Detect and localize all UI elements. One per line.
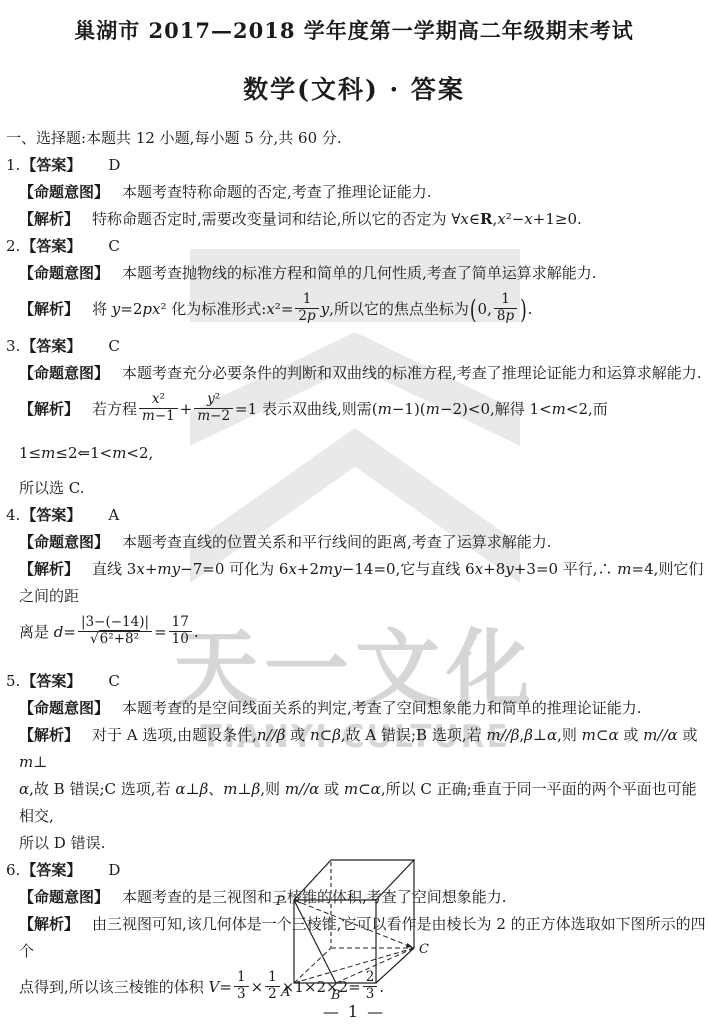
answer-line: 2.【答案】C xyxy=(6,233,706,260)
doc-subtitle: 数学(文科) · 答案 xyxy=(0,70,708,106)
answer-label: 【答案】 xyxy=(21,672,81,690)
bracket-label: 【命题意图】 xyxy=(19,699,109,717)
bracket-label: 【解析】 xyxy=(19,300,79,318)
bracket-label: 【解析】 xyxy=(19,560,79,578)
item-number: 6. xyxy=(6,861,20,879)
fraction: x²m−1 xyxy=(139,392,178,423)
answer-line: 4.【答案】A xyxy=(6,502,706,529)
bracket-label: 【命题意图】 xyxy=(19,888,109,906)
answer-label: 【答案】 xyxy=(21,337,81,355)
answer-line: 5.【答案】C xyxy=(6,668,706,695)
arrowhead-icon xyxy=(406,943,413,948)
vertex-label-a: A xyxy=(280,985,290,1000)
answer-item-2: 2.【答案】C【命题意图】本题考查抛物线的标准方程和简单的几何性质,考查了简单运… xyxy=(6,233,706,333)
cube-solid-edges xyxy=(294,860,414,983)
vertex-label-c: C xyxy=(419,942,429,957)
fraction: |3−(−14)|√6²+8² xyxy=(78,615,152,646)
text-line: 【命题意图】本题考查直线的位置关系和平行线间的距离,考查了运算求解能力. xyxy=(6,529,706,556)
fraction: 18p xyxy=(494,292,517,323)
bracket-label: 【解析】 xyxy=(19,726,79,744)
answer-letter: A xyxy=(108,506,119,524)
text-line: 离是 d=|3−(−14)|√6²+8²=1710. xyxy=(6,610,706,654)
text-line: 【解析】对于 A 选项,由题设条件,n//β 或 n⊂β,故 A 错误;B 选项… xyxy=(6,722,706,776)
item-number: 4. xyxy=(6,506,20,524)
answer-letter: C xyxy=(108,237,119,255)
answer-letter: C xyxy=(108,337,119,355)
bracket-label: 【命题意图】 xyxy=(19,183,109,201)
item-number: 1. xyxy=(6,156,20,174)
text-line: 所以选 C. xyxy=(6,475,706,502)
item-number: 2. xyxy=(6,237,20,255)
answer-line: 1.【答案】D xyxy=(6,152,706,179)
bracket-label: 【命题意图】 xyxy=(19,264,109,282)
text-line: 【解析】若方程x²m−1+y²m−2=1 表示双曲线,则需(m−1)(m−2)<… xyxy=(6,387,706,475)
answer-label: 【答案】 xyxy=(21,156,81,174)
bracket-label: 【命题意图】 xyxy=(19,533,109,551)
vertex-label-p: P xyxy=(275,894,285,909)
answer-letter: D xyxy=(108,861,120,879)
text-line: α,故 B 错误;C 选项,若 α⊥β、m⊥β,则 m//α 或 m⊂α,所以 … xyxy=(6,776,706,830)
bracket-label: 【命题意图】 xyxy=(19,364,109,382)
text-line: 【解析】特称命题否定时,需要改变量词和结论,所以它的否定为 ∀x∈R,x²−x+… xyxy=(6,206,706,233)
section-header: 一、选择题:本题共 12 小题,每小题 5 分,共 60 分. xyxy=(6,127,342,148)
cube-figure: P A B C xyxy=(268,850,440,1006)
fraction: 12p xyxy=(295,292,318,323)
answer-line: 3.【答案】C xyxy=(6,333,706,360)
answer-label: 【答案】 xyxy=(21,237,81,255)
page-number: — 1 — xyxy=(0,1002,708,1021)
answer-item-5: 5.【答案】C【命题意图】本题考查的是空间线面关系的判定,考查了空间想象能力和简… xyxy=(6,668,706,857)
answer-letter: C xyxy=(108,672,119,690)
answer-item-4: 4.【答案】A【命题意图】本题考查直线的位置关系和平行线间的距离,考查了运算求解… xyxy=(6,502,706,654)
text-line: 【命题意图】本题考查抛物线的标准方程和简单的几何性质,考查了简单运算求解能力. xyxy=(6,260,706,287)
answer-item-3: 3.【答案】C【命题意图】本题考查充分必要条件的判断和双曲线的标准方程,考查了推… xyxy=(6,333,706,502)
answer-letter: D xyxy=(108,156,120,174)
item-number: 3. xyxy=(6,337,20,355)
answer-item-1: 1.【答案】D【命题意图】本题考查特称命题的否定,考查了推理论证能力.【解析】特… xyxy=(6,152,706,233)
text-line: 【解析】直线 3x+my−7=0 可化为 6x+2my−14=0,它与直线 6x… xyxy=(6,556,706,610)
text-line: 【命题意图】本题考查特称命题的否定,考查了推理论证能力. xyxy=(6,179,706,206)
doc-title: 巢湖市 2017—2018 学年度第一学期高二年级期末考试 xyxy=(0,15,708,45)
item-number: 5. xyxy=(6,672,20,690)
bracket-label: 【解析】 xyxy=(19,210,79,228)
answer-label: 【答案】 xyxy=(21,506,81,524)
fraction: 13 xyxy=(234,970,249,1001)
fraction: y²m−2 xyxy=(194,392,233,423)
cube-hidden-edges xyxy=(294,900,414,983)
answer-label: 【答案】 xyxy=(21,861,81,879)
text-line: 【命题意图】本题考查充分必要条件的判断和双曲线的标准方程,考查了推理论证能力和运… xyxy=(6,360,706,387)
bracket-label: 【解析】 xyxy=(19,400,79,418)
vertex-label-b: B xyxy=(330,988,341,1003)
fraction: 1710 xyxy=(169,615,192,646)
bracket-label: 【解析】 xyxy=(19,915,79,933)
text-line: 【命题意图】本题考查的是空间线面关系的判定,考查了空间想象能力和简单的推理论证能… xyxy=(6,695,706,722)
text-line: 【解析】将 y=2px² 化为标准形式:x²=12py,所以它的焦点坐标为(0,… xyxy=(6,287,706,333)
